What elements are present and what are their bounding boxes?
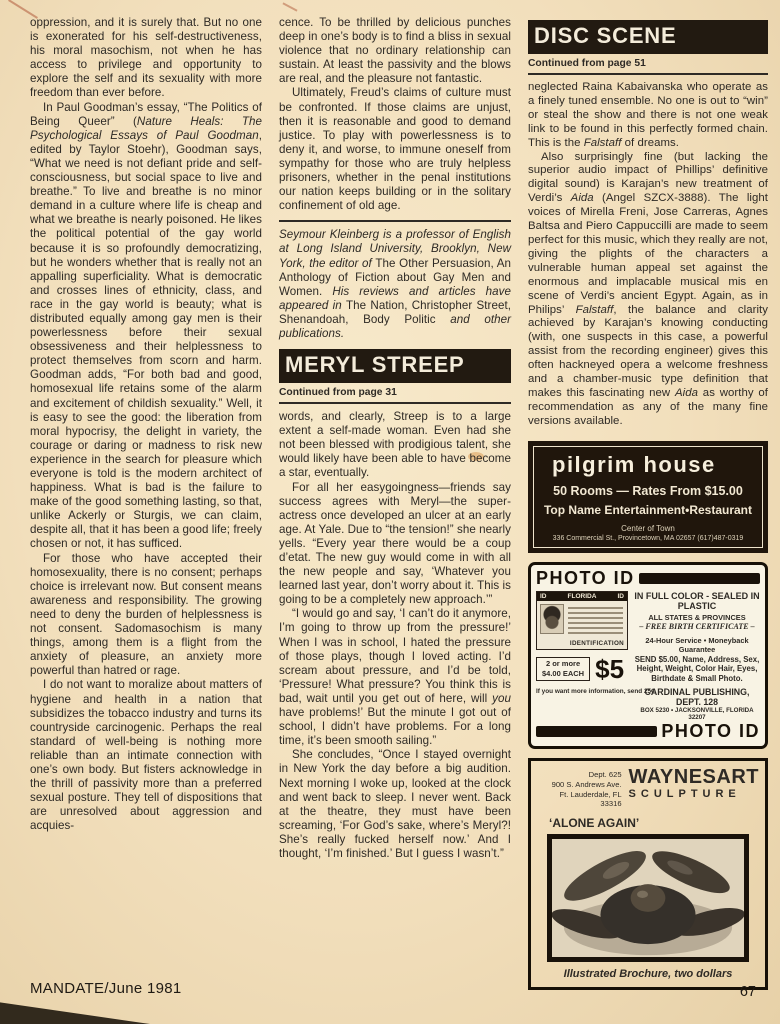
paragraph: neglected Raina Kabaivanska who operate …: [528, 81, 768, 151]
page-columns: oppression, and it is surely that. But n…: [30, 16, 768, 1016]
waynesart-city: Ft. Lauderdale, FL 33316: [537, 790, 622, 810]
paragraph: cence. To be thrilled by delicious punch…: [279, 16, 511, 86]
photo-id-info-line: If you want more information, send 25¢.: [536, 688, 628, 695]
pilgrim-house-ad-inner: pilgrim house 50 Rooms — Rates From $15.…: [533, 446, 763, 548]
photo-id-title: PHOTO ID: [536, 568, 635, 589]
pilgrim-entertainment: Top Name Entertainment•Restaurant: [540, 503, 756, 517]
bulk-price-line2: $4.00 EACH: [542, 669, 584, 679]
column-middle: cence. To be thrilled by delicious punch…: [279, 16, 511, 1016]
photo-id-left: ID FLORIDA ID IDENTIFICATION 2 or more: [536, 591, 628, 721]
paragraph: words, and clearly, Streep is to a large…: [279, 410, 511, 480]
page-number: 67: [740, 984, 756, 1000]
meryl-streep-title: MERYL STREEP: [285, 352, 465, 377]
brochure-caption: Illustrated Brochure, two dollars: [537, 968, 759, 980]
id-card-state-label: FLORIDA: [568, 593, 597, 600]
paragraph: Also surprisingly fine (but lacking the …: [528, 151, 768, 429]
photo-id-body: ID FLORIDA ID IDENTIFICATION 2 or more: [536, 591, 760, 721]
footer-magazine-date: MANDATE/June 1981: [30, 980, 182, 997]
id-card-left-label: ID: [540, 593, 547, 600]
disc-scene-title: DISC SCENE: [534, 23, 676, 48]
id-card-identification-label: IDENTIFICATION: [537, 640, 627, 649]
waynesart-header: Dept. 625 900 S. Andrews Ave. Ft. Lauder…: [537, 767, 759, 809]
photo-id-header: PHOTO ID: [536, 568, 760, 589]
waynesart-logo-block: WAYNESART SCULPTURE: [629, 767, 759, 800]
sample-id-card: ID FLORIDA ID IDENTIFICATION: [536, 591, 628, 650]
photo-id-price-row: 2 or more $4.00 EACH $5: [536, 654, 628, 685]
waynesart-street: 900 S. Andrews Ave.: [537, 780, 622, 790]
photo-id-footer-bar: [536, 726, 657, 737]
pilgrim-house-ad: pilgrim house 50 Rooms — Rates From $15.…: [528, 441, 768, 553]
id-card-photo: [540, 604, 564, 634]
meryl-streep-header-bar: MERYL STREEP: [279, 349, 511, 383]
waynesart-dept: Dept. 625: [537, 770, 622, 780]
pilgrim-house-logo: pilgrim house: [540, 452, 756, 478]
id-card-body: [537, 601, 627, 640]
photo-id-price: $5: [595, 654, 624, 685]
waynesart-ad: Dept. 625 900 S. Andrews Ave. Ft. Lauder…: [528, 758, 768, 990]
column-left: oppression, and it is surely that. But n…: [30, 16, 262, 1016]
waynesart-name: WAYNESART: [629, 767, 759, 787]
paragraph: For all her easygoingness—friends say su…: [279, 481, 511, 608]
pilgrim-address: 336 Commercial St., Provincetown, MA 026…: [540, 535, 756, 542]
paragraph: For those who have accepted their homose…: [30, 552, 262, 679]
pilgrim-center-of-town: Center of Town: [540, 524, 756, 533]
photo-id-address: BOX 5230 • JACKSONVILLE, FLORIDA 32207: [634, 707, 760, 721]
paragraph: oppression, and it is surely that. But n…: [30, 16, 262, 101]
photo-id-right: IN FULL COLOR - SEALED IN PLASTIC ALL ST…: [634, 591, 760, 721]
disc-scene-header-bar: DISC SCENE: [528, 20, 768, 54]
photo-id-all-states: ALL STATES & PROVINCES: [634, 613, 760, 622]
waynesart-sculpture-label: SCULPTURE: [629, 788, 759, 800]
photo-id-birth-certificate: – FREE BIRTH CERTIFICATE –: [634, 622, 760, 631]
waynesart-address: Dept. 625 900 S. Andrews Ave. Ft. Lauder…: [537, 770, 622, 809]
scan-artifact-streak: [282, 2, 297, 11]
column-right: DISC SCENE Continued from page 51 neglec…: [528, 16, 768, 1016]
photo-id-full-color: IN FULL COLOR - SEALED IN PLASTIC: [634, 591, 760, 611]
paragraph: Seymour Kleinberg is a professor of Engl…: [279, 228, 511, 341]
disc-continued-note: Continued from page 51: [528, 58, 768, 75]
photo-id-header-bar: [639, 573, 760, 584]
meryl-article-text: words, and clearly, Streep is to a large…: [279, 410, 511, 861]
sculpture-photo: [547, 834, 749, 962]
photo-id-send-info: SEND $5.00, Name, Address, Sex, Height, …: [634, 655, 760, 684]
photo-id-ad: PHOTO ID ID FLORIDA ID: [528, 562, 768, 749]
pilgrim-rooms-rates: 50 Rooms — Rates From $15.00: [540, 484, 756, 498]
id-card-header: ID FLORIDA ID: [537, 592, 627, 601]
left-article-text: oppression, and it is surely that. But n…: [30, 16, 262, 833]
photo-id-footer: PHOTO ID: [536, 721, 760, 742]
magazine-page: { "colors": { "page_bg": "#f2dfbc", "ink…: [0, 0, 780, 1024]
photo-id-footer-title: PHOTO ID: [661, 721, 760, 742]
paragraph: “I would go and say, ‘I can’t do it anym…: [279, 607, 511, 748]
photo-id-service: 24-Hour Service • Moneyback Guarantee: [634, 636, 760, 654]
paragraph: I do not want to moralize about matters …: [30, 678, 262, 833]
author-bio: Seymour Kleinberg is a professor of Engl…: [279, 220, 511, 341]
middle-article-text: cence. To be thrilled by delicious punch…: [279, 16, 511, 213]
photo-id-bulk-price: 2 or more $4.00 EACH: [536, 657, 590, 681]
sculpture-title: ‘ALONE AGAIN’: [549, 816, 759, 830]
id-card-text-lines: [567, 604, 624, 637]
paragraph: In Paul Goodman’s essay, “The Politics o…: [30, 101, 262, 552]
photo-id-publisher: CARDINAL PUBLISHING, DEPT. 128: [634, 687, 760, 707]
id-card-right-label: ID: [617, 593, 624, 600]
paragraph: Ultimately, Freud’s claims of culture mu…: [279, 86, 511, 213]
disc-article-text: neglected Raina Kabaivanska who operate …: [528, 81, 768, 429]
meryl-continued-note: Continued from page 31: [279, 387, 511, 404]
paragraph: She concludes, “Once I stayed overnight …: [279, 748, 511, 861]
sculpture-illustration: [552, 839, 744, 957]
bulk-price-line1: 2 or more: [542, 659, 584, 669]
